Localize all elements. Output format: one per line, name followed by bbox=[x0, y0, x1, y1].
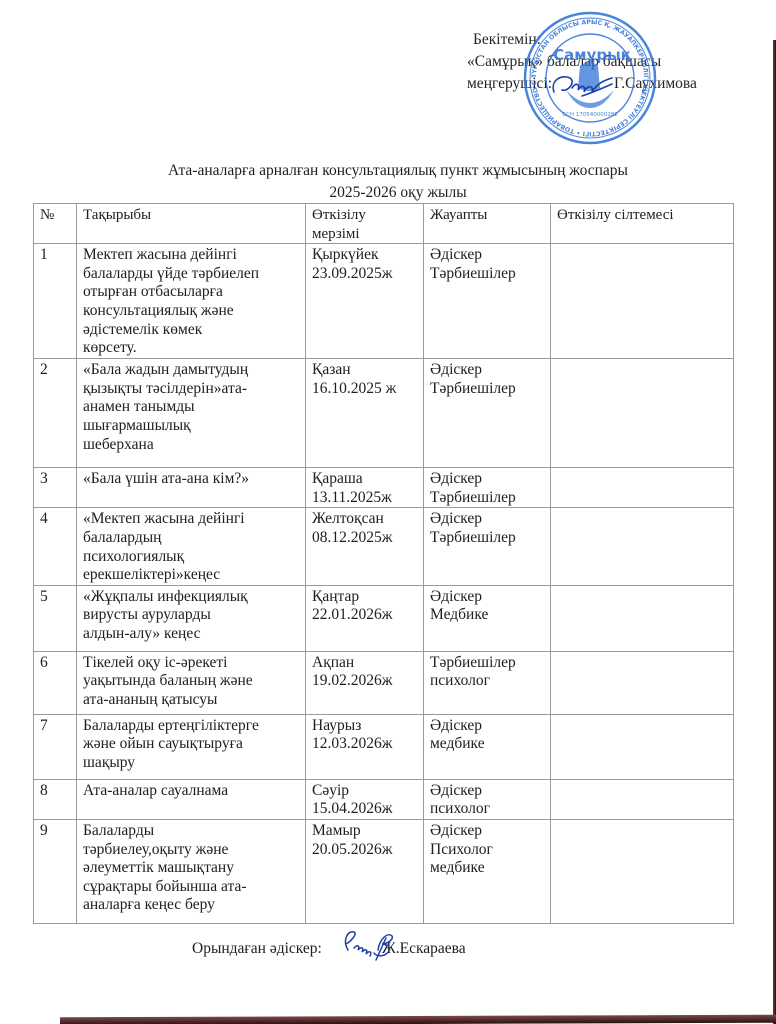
approval-line-3: меңгерушісі:Г.Саухимова bbox=[467, 73, 697, 95]
row-topic: «Бала үшін ата-ана кім?» bbox=[77, 468, 306, 508]
row-responsible: ӘдіскерТәрбиешілер bbox=[424, 508, 551, 585]
table-row: 7Балаларды ертеңгіліктергежәне ойын сауы… bbox=[34, 714, 734, 779]
academic-year: 2025-2026 оқу жылы bbox=[10, 183, 776, 203]
header-date: Өткізілу мерзімі bbox=[306, 204, 424, 244]
scan-edge-bottom bbox=[60, 1015, 776, 1024]
row-responsible: ӘдіскерПсихологмедбике bbox=[424, 819, 551, 923]
table-row: 4«Мектеп жасына дейінгібалалардыңпсихоло… bbox=[34, 508, 734, 585]
stamp-bin-text: БСН 170540000282 bbox=[562, 112, 618, 118]
row-link bbox=[551, 779, 734, 819]
row-link bbox=[551, 359, 734, 468]
row-date: Сәуір15.04.2026ж bbox=[306, 779, 424, 819]
row-topic: Мектеп жасына дейінгібалаларды үйде тәрб… bbox=[77, 244, 306, 359]
row-link bbox=[551, 651, 734, 714]
table-row: 9Балалардытәрбиелеу,оқыту жәнеәлеуметтік… bbox=[34, 819, 734, 923]
row-number: 1 bbox=[34, 244, 77, 359]
row-link bbox=[551, 819, 734, 923]
footer-signoff: Орындаған әдіскер:Ж.Ескараева bbox=[192, 940, 466, 958]
row-link bbox=[551, 244, 734, 359]
row-date: Қазан16.10.2025 ж bbox=[306, 359, 424, 468]
row-responsible: ӘдіскерТәрбиешілер bbox=[424, 468, 551, 508]
row-topic: Тікелей оқу іс-әрекетіуақытында баланың … bbox=[77, 651, 306, 714]
table-row: 6Тікелей оқу іс-әрекетіуақытында баланың… bbox=[34, 651, 734, 714]
header-topic: Тақырыбы bbox=[77, 204, 306, 244]
consultation-plan-table: № Тақырыбы Өткізілу мерзімі Жауапты Өткі… bbox=[33, 203, 734, 924]
row-responsible: ӘдіскерТәрбиешілер bbox=[424, 359, 551, 468]
row-responsible: ӘдіскерМедбике bbox=[424, 585, 551, 651]
row-responsible: Әдіскерпсихолог bbox=[424, 779, 551, 819]
row-number: 2 bbox=[34, 359, 77, 468]
row-link bbox=[551, 585, 734, 651]
footer-role-label: Орындаған әдіскер: bbox=[192, 940, 322, 957]
approval-position: меңгерушісі: bbox=[467, 75, 552, 92]
table-row: 3«Бала үшін ата-ана кім?»Қараша13.11.202… bbox=[34, 468, 734, 508]
header-responsible: Жауапты bbox=[424, 204, 551, 244]
row-number: 4 bbox=[34, 508, 77, 585]
row-number: 3 bbox=[34, 468, 77, 508]
row-responsible: Әдіскермедбике bbox=[424, 714, 551, 779]
footer-methodist-name: Ж.Ескараева bbox=[382, 940, 466, 957]
row-topic: «Жұқпалы инфекциялықвирусты аурулардыалд… bbox=[77, 585, 306, 651]
row-number: 5 bbox=[34, 585, 77, 651]
table-row: 5«Жұқпалы инфекциялықвирусты аурулардыал… bbox=[34, 585, 734, 651]
approval-block: Бекітемін: «Самұрық» балалар бақшасы мең… bbox=[467, 29, 697, 95]
row-topic: Балаларды ертеңгіліктергежәне ойын сауық… bbox=[77, 714, 306, 779]
row-number: 9 bbox=[34, 819, 77, 923]
row-link bbox=[551, 508, 734, 585]
row-date: Ақпан19.02.2026ж bbox=[306, 651, 424, 714]
document-title: Ата-аналарға арналған консультациялық пу… bbox=[10, 161, 776, 181]
row-topic: Балалардытәрбиелеу,оқыту жәнеәлеуметтік … bbox=[77, 819, 306, 923]
row-responsible: ӘдіскерТәрбиешілер bbox=[424, 244, 551, 359]
row-link bbox=[551, 468, 734, 508]
row-topic: Ата-аналар сауалнама bbox=[77, 779, 306, 819]
row-date: Наурыз12.03.2026ж bbox=[306, 714, 424, 779]
approval-line-1: Бекітемін: bbox=[467, 29, 697, 51]
row-date: Желтоқсан08.12.2025ж bbox=[306, 508, 424, 585]
row-responsible: Тәрбиешілерпсихолог bbox=[424, 651, 551, 714]
row-number: 7 bbox=[34, 714, 77, 779]
row-date: Қыркүйек23.09.2025ж bbox=[306, 244, 424, 359]
approval-director-name: Г.Саухимова bbox=[614, 75, 697, 92]
table-row: 2«Бала жадын дамытудыңқызықты тәсілдерін… bbox=[34, 359, 734, 468]
row-number: 6 bbox=[34, 651, 77, 714]
row-date: Қараша13.11.2025ж bbox=[306, 468, 424, 508]
table-row: 8Ата-аналар сауалнамаСәуір15.04.2026жӘді… bbox=[34, 779, 734, 819]
row-number: 8 bbox=[34, 779, 77, 819]
header-number: № bbox=[34, 204, 77, 244]
row-topic: «Мектеп жасына дейінгібалалардыңпсихолог… bbox=[77, 508, 306, 585]
row-date: Қаңтар22.01.2026ж bbox=[306, 585, 424, 651]
row-date: Мамыр20.05.2026ж bbox=[306, 819, 424, 923]
table-row: 1Мектеп жасына дейінгібалаларды үйде тәр… bbox=[34, 244, 734, 359]
header-link: Өткізілу сілтемесі bbox=[551, 204, 734, 244]
approval-line-2: «Самұрық» балалар бақшасы bbox=[467, 51, 697, 73]
row-topic: «Бала жадын дамытудыңқызықты тәсілдерін»… bbox=[77, 359, 306, 468]
table-header-row: № Тақырыбы Өткізілу мерзімі Жауапты Өткі… bbox=[34, 204, 734, 244]
row-link bbox=[551, 714, 734, 779]
